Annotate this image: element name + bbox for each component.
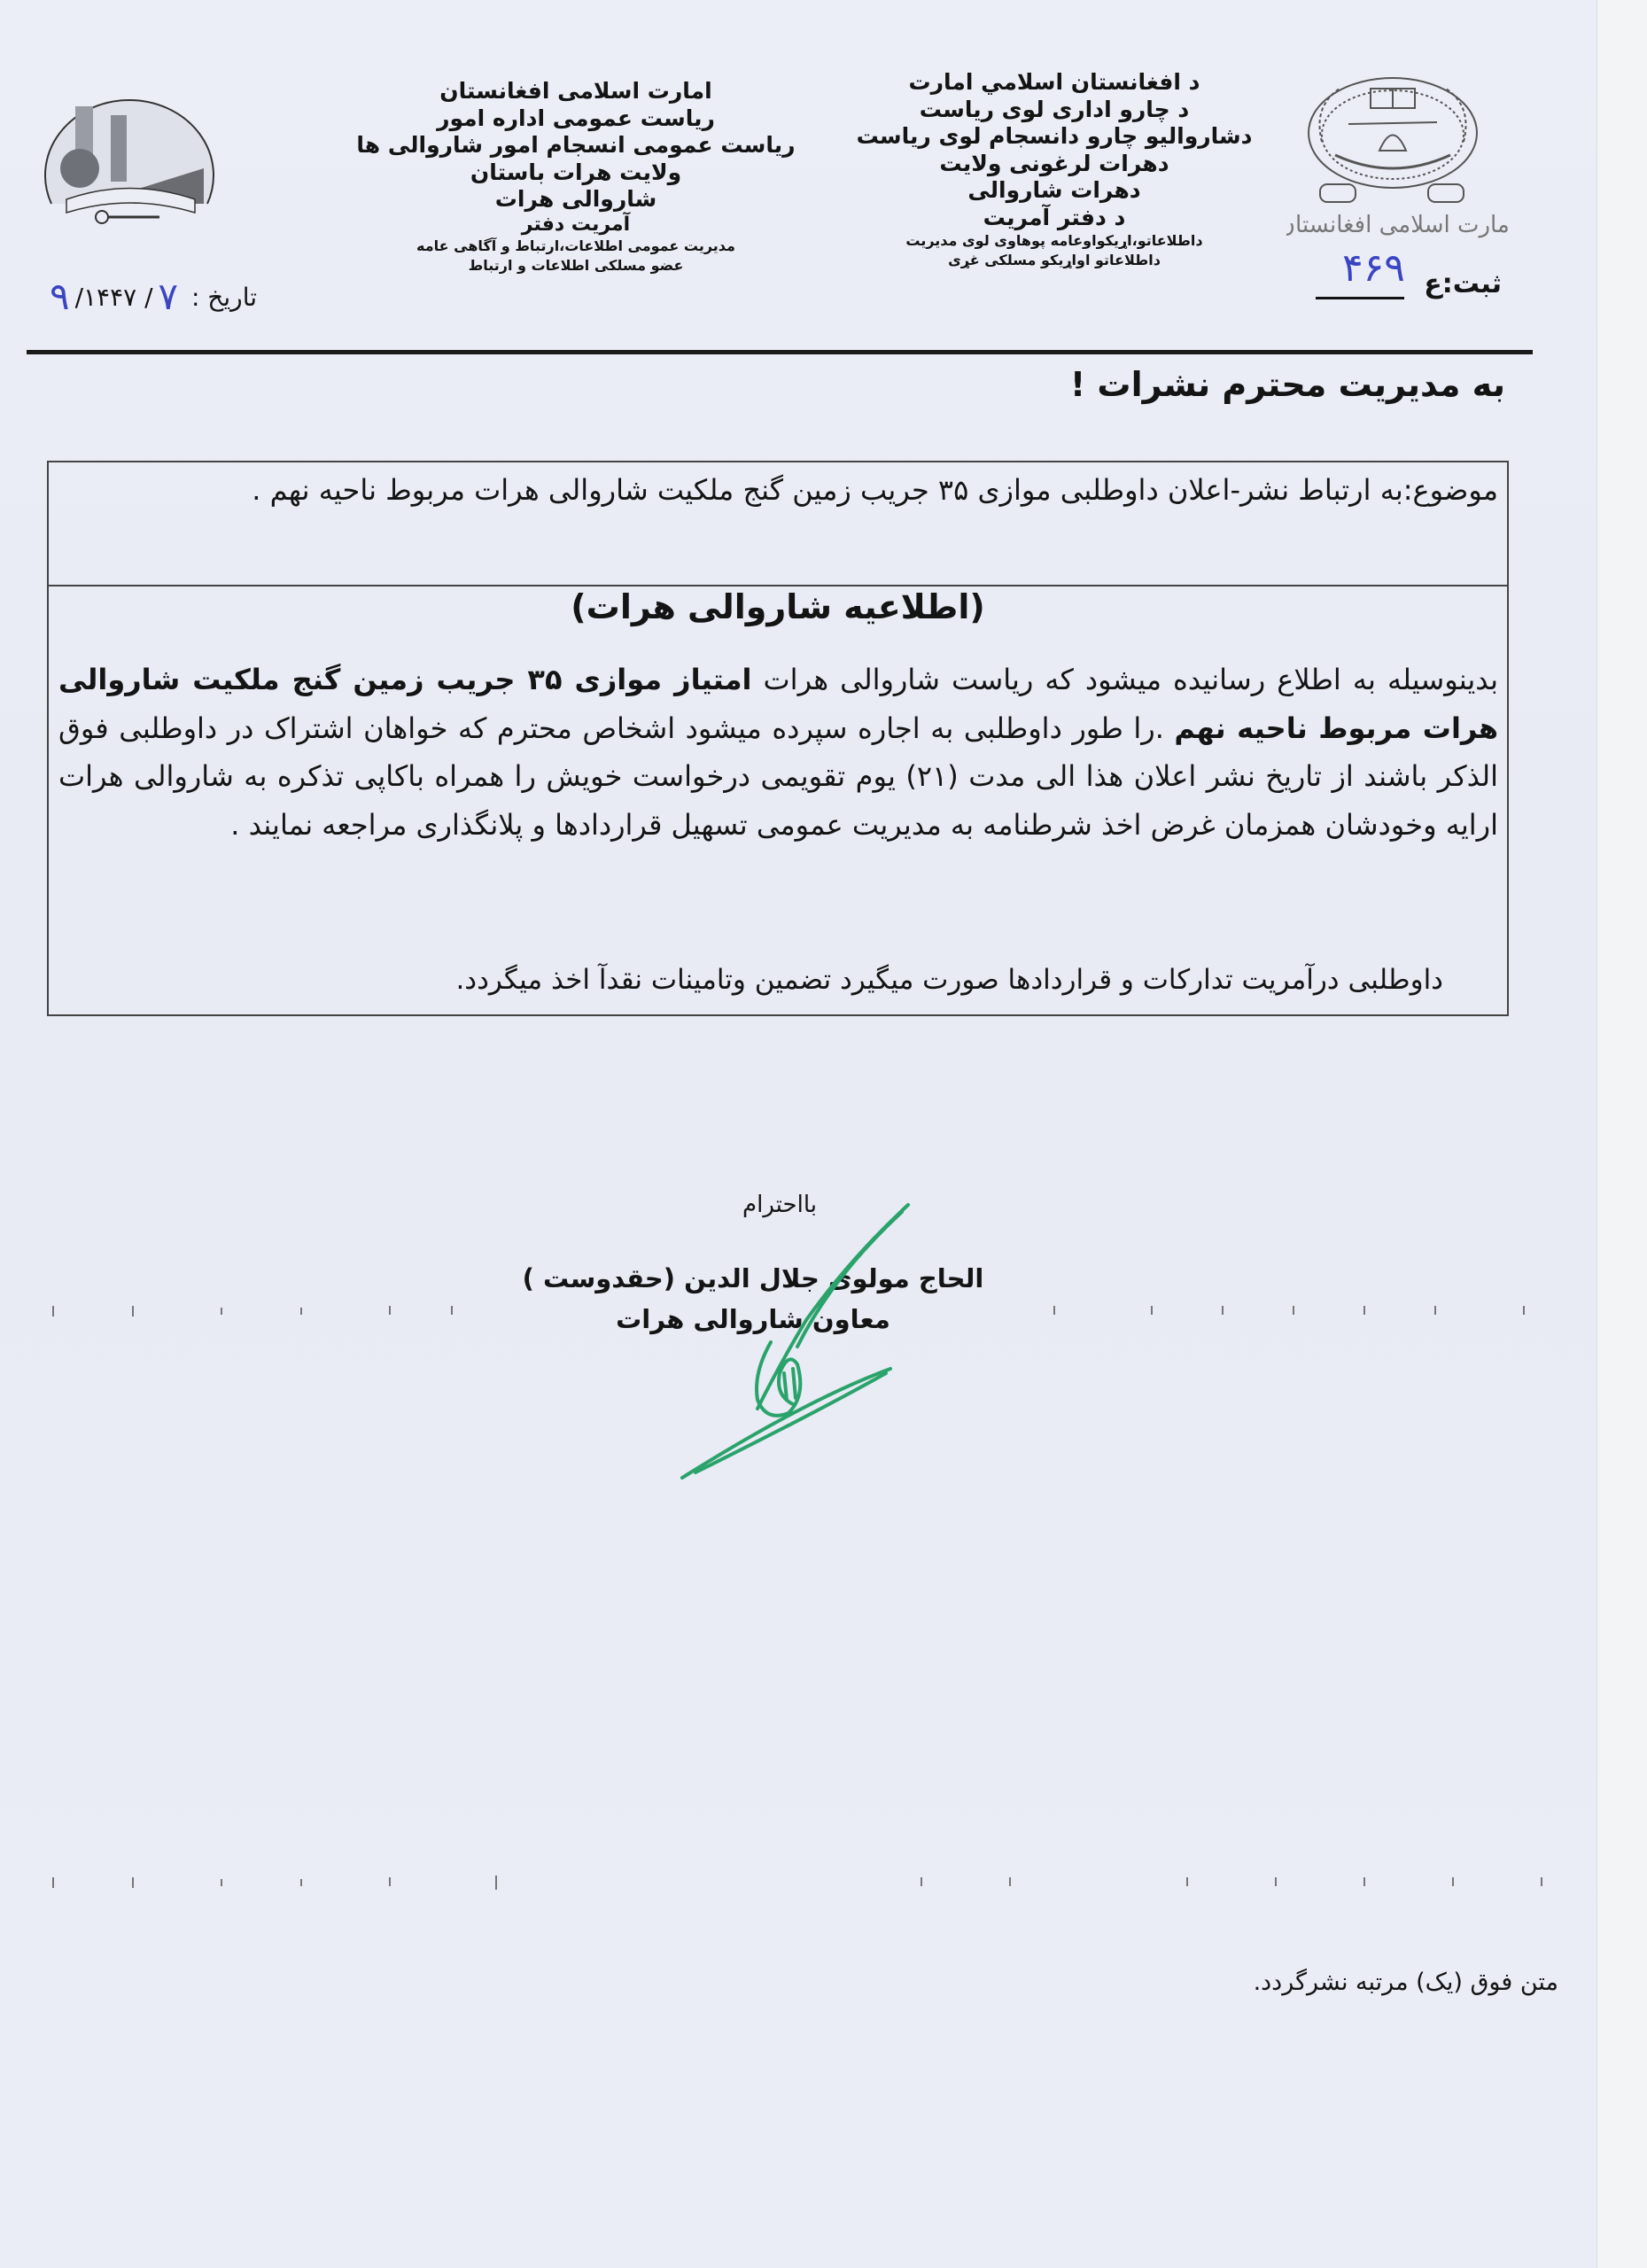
- box-separator: [47, 585, 1509, 586]
- registration-underline: [1316, 297, 1404, 299]
- letterhead-divider: [27, 350, 1533, 354]
- pashto-line-2: د چارو اداری لوی ریاست: [828, 97, 1280, 124]
- date-year: ۱۴۴۷: [83, 283, 136, 312]
- registration-number-handwritten: ۴۶۹: [1342, 245, 1405, 291]
- dari-line-3: ریاست عمومی انسجام امور شاروالی ها: [346, 132, 806, 159]
- letter-date: تاریخ : ۷/ ۹/۱۴۴۷: [44, 275, 257, 318]
- notice-closing-line: داوطلبی درآمریت تدارکات و قراردادها صورت…: [455, 964, 1443, 996]
- pashto-subline-1: داطلاعاتو،اړیکواوعامه پوهاوی لوی مدیریت: [828, 231, 1280, 251]
- date-separator-2: /: [75, 283, 83, 312]
- greeting-line: به مدیریت محترم نشرات !: [1070, 365, 1505, 404]
- pashto-letterhead: د افغانستان اسلامي امارت د چارو اداری لو…: [828, 69, 1280, 269]
- handwritten-signature-icon: [673, 1196, 921, 1480]
- notice-body: بدینوسیله به اطلاع رسانیده میشود که ریاس…: [58, 656, 1498, 849]
- pashto-subline-2: داطلاعاتو اواړیکو مسلکی غړی: [828, 251, 1280, 270]
- date-month-handwritten: ۹: [50, 275, 70, 318]
- dari-line-1: امارت اسلامی افغانستان: [346, 78, 806, 105]
- pashto-line-3: دشاروالیو چارو دانسجام لوی ریاست: [828, 123, 1280, 151]
- subject-line: موضوع:به ارتباط نشر-اعلان داوطلبی موازی …: [58, 468, 1498, 512]
- herat-municipality-emblem-icon: [35, 71, 223, 226]
- pashto-line-4: دهرات لرغونی ولایت: [828, 151, 1280, 178]
- date-separator-1: /: [144, 283, 152, 312]
- pashto-line-6: د دفتر آمریت: [828, 205, 1280, 232]
- scan-artifact-row-2: [35, 1874, 1577, 1891]
- registration-number: ثبت:ع ۴۶۹: [1316, 252, 1502, 315]
- dari-line-4: ولایت هرات باستان: [346, 159, 806, 187]
- notice-title: (اطلاعیه شاروالی هرات): [47, 587, 1509, 626]
- emblem-caption: امارت اسلامی افغانستان: [1286, 212, 1508, 238]
- islamic-emirate-emblem-icon: امارت اسلامی افغانستان: [1286, 71, 1508, 239]
- dari-line-6: آمریت دفتر: [346, 214, 806, 237]
- date-day-handwritten: ۷: [159, 275, 179, 318]
- dari-line-5: شاروالی هرات: [346, 186, 806, 214]
- registration-label: ثبت:ع: [1424, 268, 1502, 299]
- dari-subline-1: مدیریت عمومی اطلاعات،ارتباط و آگاهی عامه: [346, 237, 806, 256]
- dari-letterhead: امارت اسلامی افغانستان ریاست عمومی اداره…: [346, 78, 806, 276]
- paper-background: [0, 0, 1597, 2268]
- date-label: تاریخ :: [191, 283, 257, 312]
- dari-subline-2: عضو مسلکی اطلاعات و ارتباط: [346, 256, 806, 276]
- pashto-line-1: د افغانستان اسلامي امارت: [828, 69, 1280, 97]
- scan-edge-strip: [1597, 0, 1647, 2268]
- dari-line-2: ریاست عمومی اداره امور: [346, 105, 806, 133]
- notice-body-part-1: بدینوسیله به اطلاع رسانیده میشود که ریاس…: [751, 663, 1498, 696]
- pashto-line-5: دهرات شاروالی: [828, 177, 1280, 205]
- publication-note: متن فوق (یک) مرتبه نشرگردد.: [1254, 1969, 1558, 1996]
- scan-artifact-row-1: [35, 1302, 1577, 1320]
